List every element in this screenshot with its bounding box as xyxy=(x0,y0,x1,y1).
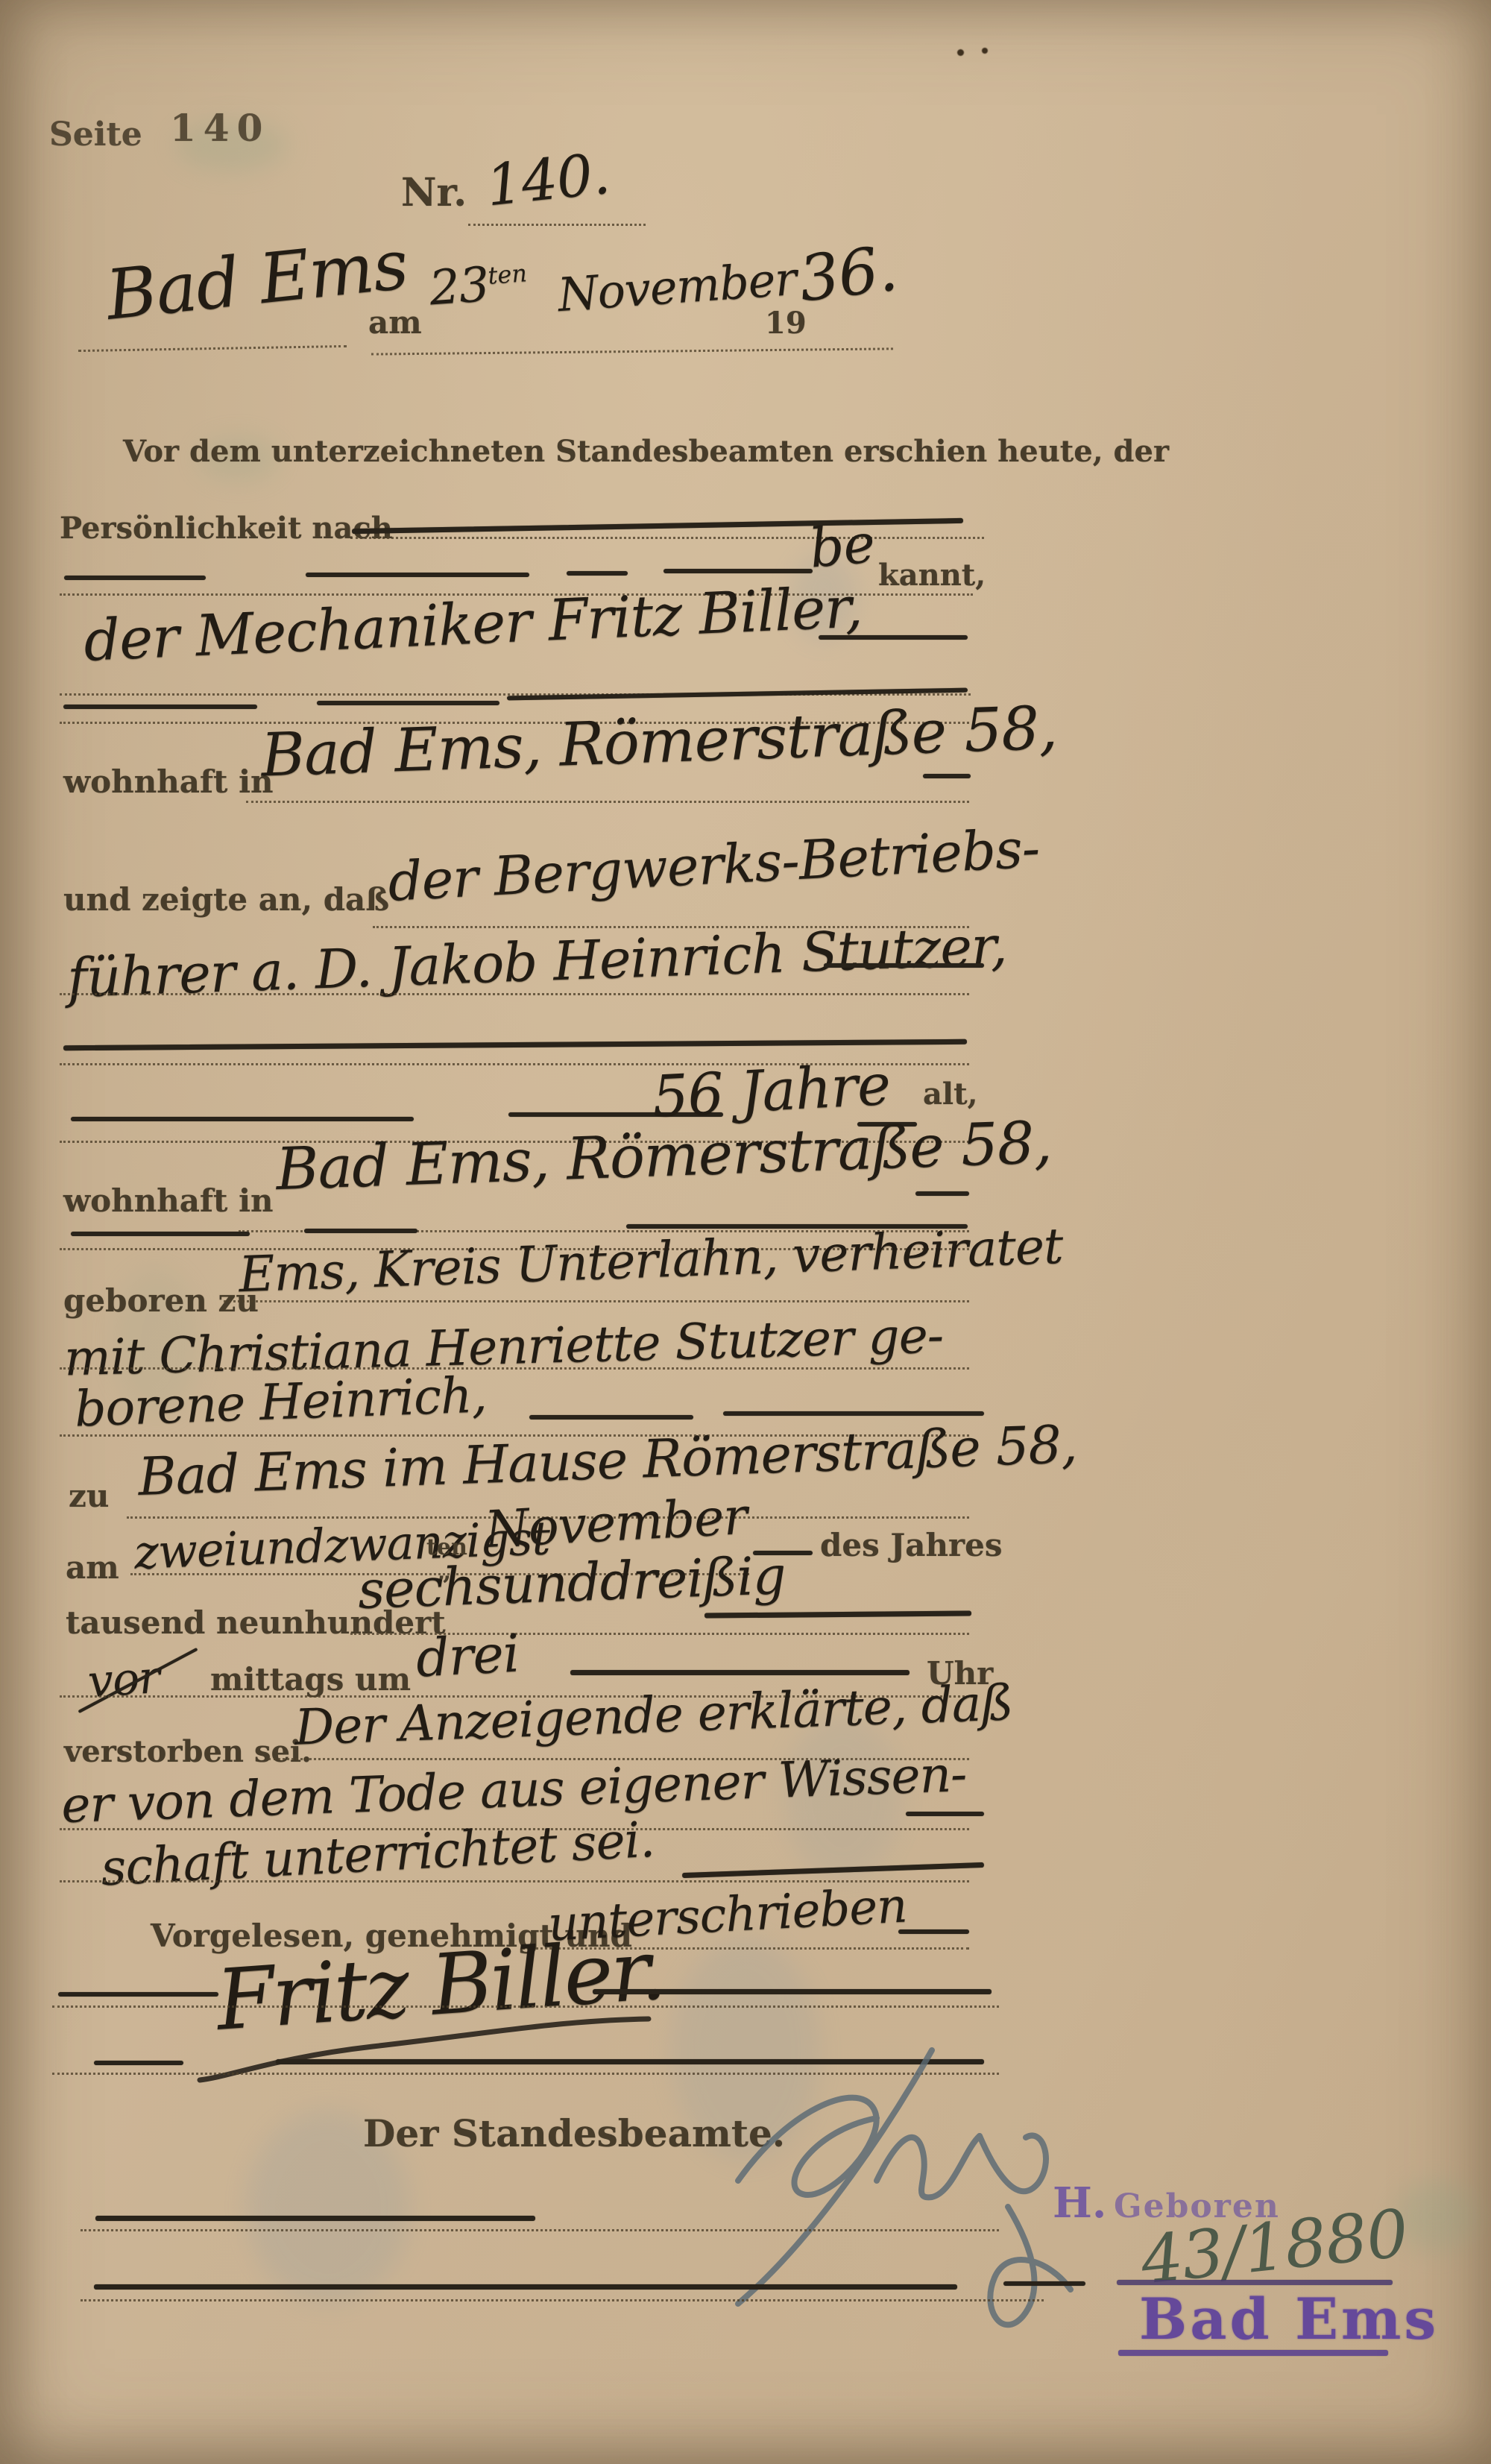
intro-line: Vor dem unterzeichneten Standesbeamten e… xyxy=(123,434,1169,469)
dateline-day: 23 xyxy=(428,257,491,316)
form-dotted-line xyxy=(81,2229,999,2231)
wohnhaft-value-2-handwritten: Bad Ems, Römerstraße 58, xyxy=(275,1109,1053,1203)
hand-fill-stroke xyxy=(824,963,984,968)
hand-fill-stroke xyxy=(317,701,499,705)
hand-fill-stroke xyxy=(63,1039,967,1050)
hand-fill-stroke xyxy=(923,774,971,778)
form-dotted-line xyxy=(246,801,969,803)
form-dotted-line xyxy=(52,2005,999,2008)
nr-dotted-line xyxy=(468,224,646,226)
dateline-month-handwritten: November xyxy=(556,251,798,322)
zu-label: zu xyxy=(69,1478,109,1514)
anzeige-label: und zeigte an, daß xyxy=(63,881,389,918)
hand-fill-stroke xyxy=(58,1992,218,1997)
dateline-dotted-line xyxy=(371,347,893,355)
des-jahres-label: des Jahres xyxy=(820,1527,1002,1563)
form-dotted-line xyxy=(60,993,969,995)
hand-fill-stroke xyxy=(819,635,968,640)
mittags-label: mittags um xyxy=(210,1661,411,1698)
deceased-line-1-handwritten: der Bergwerks-Betriebs- xyxy=(386,816,1041,913)
stamp-place: Bad Ems xyxy=(1139,2286,1439,2352)
hand-fill-stroke xyxy=(567,571,628,576)
dateline-year-prefix: 19 xyxy=(765,306,807,341)
alt-label: alt, xyxy=(923,1077,978,1112)
page-number-stamp: 140 xyxy=(170,106,270,150)
ink-speck xyxy=(982,48,988,54)
nr-label: Nr. xyxy=(401,170,467,215)
hand-fill-stroke xyxy=(95,2216,535,2221)
form-dotted-line xyxy=(224,1300,969,1302)
hand-fill-stroke xyxy=(663,569,813,573)
hand-fill-stroke xyxy=(704,1610,971,1618)
stamp-rule xyxy=(1117,2280,1393,2285)
hand-fill-stroke xyxy=(529,1415,693,1420)
bekannt-printed: kannt, xyxy=(878,558,986,593)
dateline-day-handwritten: 23ten xyxy=(428,254,530,316)
hand-fill-stroke xyxy=(63,705,257,709)
wohnhaft-label-1: wohnhaft in xyxy=(63,763,274,800)
hand-fill-stroke xyxy=(593,1989,992,1994)
hand-fill-stroke xyxy=(306,573,529,577)
hand-fill-stroke xyxy=(723,1411,984,1416)
hand-fill-stroke xyxy=(1003,2281,1085,2286)
form-dotted-line xyxy=(60,1367,969,1370)
declarant-signature-flourish xyxy=(186,2005,671,2088)
dateline-place-handwritten: Bad Ems xyxy=(103,224,412,335)
hand-fill-stroke xyxy=(898,1929,969,1934)
hand-fill-stroke xyxy=(570,1670,910,1675)
stamp-rule xyxy=(1118,2350,1388,2356)
hand-fill-stroke xyxy=(304,1229,417,1233)
hand-fill-stroke xyxy=(71,1232,250,1236)
ink-speck xyxy=(957,49,964,56)
hand-fill-stroke xyxy=(94,2061,183,2065)
hand-fill-stroke xyxy=(915,1191,969,1196)
nr-value-handwritten: 140. xyxy=(483,140,613,219)
dateline-dotted-line xyxy=(78,345,347,352)
bekannt-hand-prefix: be xyxy=(807,511,877,579)
dateline-day-suffix: ten xyxy=(487,259,528,290)
dateline-am-label: am xyxy=(368,304,422,341)
hand-fill-stroke xyxy=(94,2284,957,2290)
persoenlichkeit-label: Persönlichkeit nach xyxy=(60,511,393,546)
declarant-name-handwritten: der Mechaniker Fritz Biller, xyxy=(83,573,863,673)
hand-fill-stroke xyxy=(71,1117,414,1121)
wohnhaft-label-2: wohnhaft in xyxy=(63,1182,274,1219)
hand-fill-stroke xyxy=(64,576,206,580)
scanned-death-record-page: Seite 140 Nr. 140. Bad Ems am 23ten Nove… xyxy=(0,0,1491,2464)
hand-fill-stroke xyxy=(906,1812,984,1816)
verstorben-label: verstorben sei. xyxy=(64,1734,312,1769)
form-dotted-line xyxy=(350,537,984,539)
am-label: am xyxy=(66,1549,119,1586)
stamp-h-label: H. xyxy=(1053,2178,1106,2228)
form-dotted-line xyxy=(81,2299,1044,2301)
dateline-year-handwritten: 36. xyxy=(795,231,901,315)
registrar-signature-scribble xyxy=(686,2039,1074,2352)
seite-label: Seite xyxy=(49,116,142,154)
death-hour-handwritten: drei xyxy=(414,1622,520,1689)
